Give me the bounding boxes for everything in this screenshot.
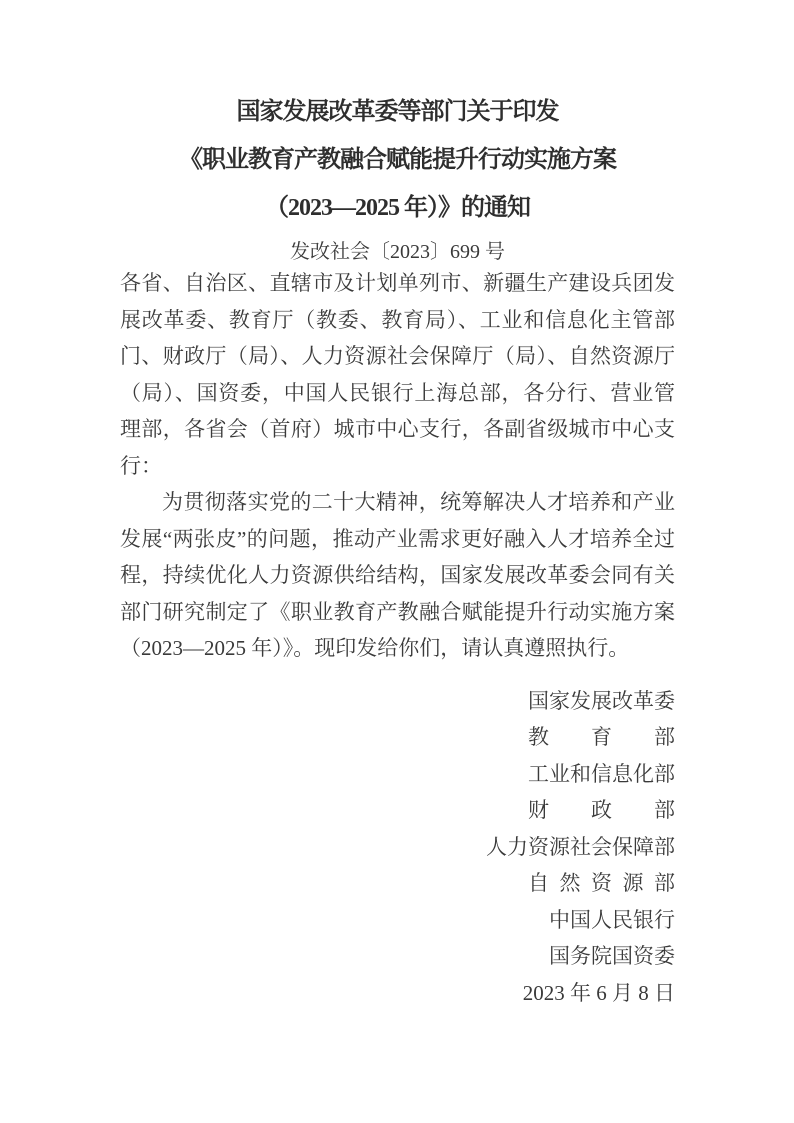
signature-issuer-name: 国家发展改革委 [528,683,675,720]
signature-block: 国家发展改革委 教育部 工业和信息化部 财政部 人力资源社会保障部 自然资源部 … [120,683,675,1012]
signature-date-text: 2023 年 6 月 8 日 [523,975,675,1012]
signature-issuer: 财政部 [120,792,675,829]
signature-issuer: 中国人民银行 [120,902,675,939]
signature-date: 2023 年 6 月 8 日 [120,975,675,1012]
signature-issuer-name: 教育部 [528,719,675,756]
document-title: 国家发展改革委等部门关于印发 《职业教育产教融合赋能提升行动实施方案 （2023… [120,88,675,232]
addressee-paragraph: 各省、自治区、直辖市及计划单列市、新疆生产建设兵团发展改革委、教育厅（教委、教育… [120,265,675,484]
signature-issuer: 人力资源社会保障部 [120,829,675,866]
signature-issuer: 工业和信息化部 [120,756,675,793]
title-line-3: （2023—2025 年）》的通知 [120,184,675,232]
document-body: 各省、自治区、直辖市及计划单列市、新疆生产建设兵团发展改革委、教育厅（教委、教育… [120,265,675,667]
signature-issuer-name: 自然资源部 [528,865,675,902]
body-paragraph: 为贯彻落实党的二十大精神，统筹解决人才培养和产业发展“两张皮”的问题，推动产业需… [120,484,675,667]
signature-issuer-name: 财政部 [528,792,675,829]
signature-issuer-name: 人力资源社会保障部 [486,829,675,866]
signature-issuer: 国家发展改革委 [120,683,675,720]
title-line-1: 国家发展改革委等部门关于印发 [120,88,675,136]
document-header: 国家发展改革委等部门关于印发 《职业教育产教融合赋能提升行动实施方案 （2023… [120,88,675,271]
title-line-2: 《职业教育产教融合赋能提升行动实施方案 [120,136,675,184]
signature-issuer-name: 国务院国资委 [549,938,675,975]
signature-issuer: 自然资源部 [120,865,675,902]
signature-issuer: 教育部 [120,719,675,756]
signature-issuer-name: 工业和信息化部 [528,756,675,793]
signature-issuer: 国务院国资委 [120,938,675,975]
signature-issuer-name: 中国人民银行 [549,902,675,939]
document-page: 国家发展改革委等部门关于印发 《职业教育产教融合赋能提升行动实施方案 （2023… [0,0,794,1123]
